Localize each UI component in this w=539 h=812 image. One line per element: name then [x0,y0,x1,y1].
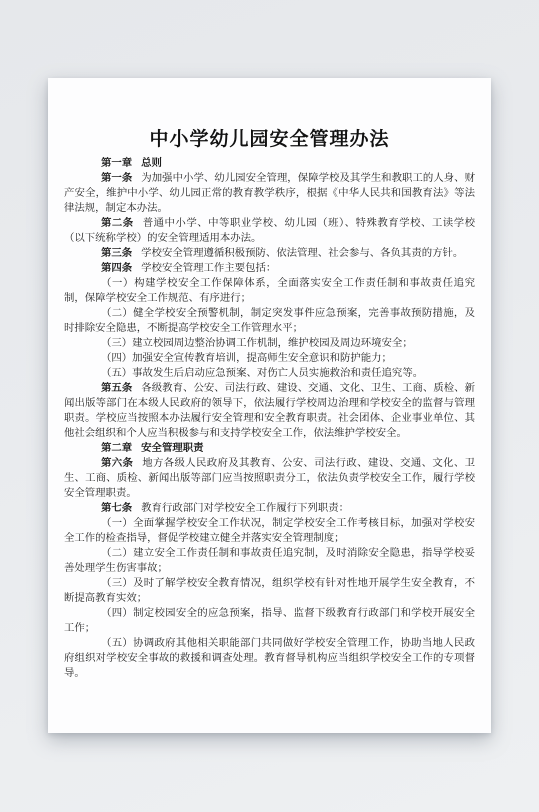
article-paragraph: 第四条学校安全管理工作主要包括： [64,261,475,276]
document-title: 中小学幼儿园安全管理办法 [64,128,475,151]
chapter-title: 总则 [141,158,162,169]
item-paragraph: （二）建立安全工作责任制和事故责任追究制，及时消除安全隐患，指导学校妥善处理学生… [64,546,475,576]
item-label: （二） [101,548,133,559]
article-text: 学校安全管理工作主要包括： [141,263,276,274]
article-paragraph: 第七条教育行政部门对学校安全工作履行下列职责： [64,501,475,516]
article-paragraph: 第三条学校安全管理遵循积极预防、依法管理、社会参与、各负其责的方针。 [64,246,475,261]
article-paragraph: 第二条普通中小学、中等职业学校、幼儿园（班）、特殊教育学校、工读学校（以下统称学… [64,216,475,246]
item-label: （二） [101,308,133,319]
chapter-title: 安全管理职责 [141,443,203,454]
item-label: （一） [101,278,134,289]
item-paragraph: （四）制定校园安全的应急预案，指导、监督下级教育行政部门和学校开展安全工作； [64,606,475,636]
item-label: （一） [101,518,133,529]
item-label: （五） [101,638,133,649]
article-label: 第五条 [101,383,132,394]
article-label: 第四条 [101,263,132,274]
item-paragraph: （三）建立校园周边整治协调工作机制，维护校园及周边环境安全； [64,336,475,351]
item-paragraph: （三）及时了解学校安全教育情况，组织学校有针对性地开展学生安全教育，不断提高教育… [64,576,475,606]
chapter-heading: 第一章总则 [64,156,475,171]
article-paragraph: 第五条各级教育、公安、司法行政、建设、交通、文化、卫生、工商、质检、新闻出版等部… [64,381,475,441]
item-label: （五） [101,368,132,379]
article-label: 第六条 [101,458,133,469]
item-paragraph: （一）全面掌握学校安全工作状况，制定学校安全工作考核目标，加强对学校安全工作的检… [64,516,475,546]
article-paragraph: 第一条为加强中小学、幼儿园安全管理，保障学校及其学生和教职工的人身、财产安全，维… [64,171,475,216]
article-label: 第二条 [101,218,134,229]
item-paragraph: （五）协调政府其他相关职能部门共同做好学校安全管理工作，协助当地人民政府组织对学… [64,636,475,681]
document-page: 中小学幼儿园安全管理办法 第一章总则 第一条为加强中小学、幼儿园安全管理，保障学… [48,78,491,733]
chapter-number: 第二章 [101,443,132,454]
item-paragraph: （四）加强安全宣传教育培训，提高师生安全意识和防护能力； [64,351,475,366]
article-label: 第三条 [101,248,132,259]
article-paragraph: 第六条地方各级人民政府及其教育、公安、司法行政、建设、交通、文化、卫生、工商、质… [64,456,475,501]
chapter-number: 第一章 [101,158,132,169]
item-label: （四） [101,353,132,364]
item-text: 建立校园周边整治协调工作机制，维护校园及周边环境安全； [132,338,413,349]
item-paragraph: （五）事故发生后启动应急预案、对伤亡人员实施救治和责任追究等。 [64,366,475,381]
item-text: 事故发生后启动应急预案、对伤亡人员实施救治和责任追究等。 [132,368,423,379]
item-paragraph: （一）构建学校安全工作保障体系，全面落实安全工作责任制和事故责任追究制，保障学校… [64,276,475,306]
item-paragraph: （二）健全学校安全预警机制，制定突发事件应急预案，完善事故预防措施，及时排除安全… [64,306,475,336]
item-label: （四） [101,608,133,619]
article-label: 第一条 [101,173,132,184]
item-label: （三） [101,338,132,349]
item-label: （三） [101,578,133,589]
page-background: 中小学幼儿园安全管理办法 第一章总则 第一条为加强中小学、幼儿园安全管理，保障学… [0,0,539,812]
chapter-heading: 第二章安全管理职责 [64,441,475,456]
article-text: 教育行政部门对学校安全工作履行下列职责： [141,503,349,514]
item-text: 加强安全宣传教育培训，提高师生安全意识和防护能力； [132,353,392,364]
article-text: 学校安全管理遵循积极预防、依法管理、社会参与、各负其责的方针。 [141,248,463,259]
article-label: 第七条 [101,503,132,514]
